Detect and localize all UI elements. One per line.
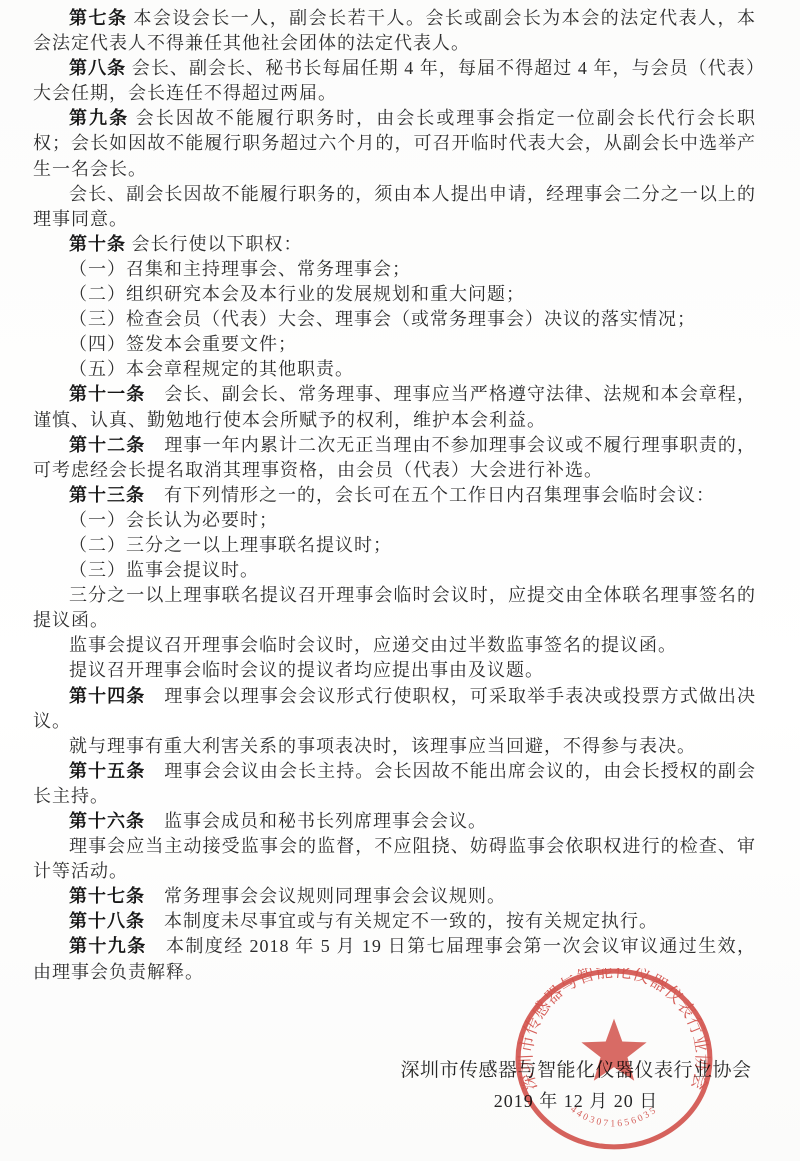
article-number: 第十一条 — [69, 384, 145, 404]
article-number: 第九条 — [69, 108, 129, 128]
article-number: 第十七条 — [69, 886, 145, 906]
article-number: 第十九条 — [69, 936, 147, 956]
paragraph: 就与理事有重大利害关系的事项表决时，该理事应当回避，不得参与表决。 — [33, 734, 756, 759]
paragraph: （三）检查会员（代表）大会、理事会（或常务理事会）决议的落实情况； — [33, 307, 756, 332]
article-number: 第八条 — [69, 58, 126, 78]
paragraph: （一）会长认为必要时； — [33, 508, 756, 533]
article-number: 第十四条 — [69, 686, 145, 706]
paragraph: 提议召开理事会临时会议的提议者均应提出事由及议题。 — [33, 658, 756, 683]
paragraph: （一）召集和主持理事会、常务理事会； — [33, 257, 756, 282]
paragraph: 第十五条 理事会会议由会长主持。会长因故不能出席会议的，由会长授权的副会长主持。 — [33, 759, 756, 809]
paragraph: 第十二条 理事一年内累计二次无正当理由不参加理事会议或不履行理事职责的，可考虑经… — [33, 433, 756, 483]
paragraph: 第十九条 本制度经 2018 年 5 月 19 日第七届理事会第一次会议审议通过… — [33, 934, 756, 984]
signature-block: 深圳市传感器与智能化仪器仪表行业协会 2019 年 12 月 20 日 — [396, 1055, 756, 1113]
paragraph: （二）三分之一以上理事联名提议时； — [33, 533, 756, 558]
paragraph: 第九条 会长因故不能履行职务时，由会长或理事会指定一位副会长代行会长职权；会长如… — [33, 106, 756, 181]
paragraph: （五）本会章程规定的其他职责。 — [33, 357, 756, 382]
article-number: 第十二条 — [69, 435, 145, 455]
article-number: 第十八条 — [69, 911, 145, 931]
paragraph: 三分之一以上理事联名提议召开理事会临时会议时，应提交由全体联名理事签名的提议函。 — [33, 583, 756, 633]
paragraph: 监事会提议召开理事会临时会议时，应递交由过半数监事签名的提议函。 — [33, 633, 756, 658]
article-number: 第十条 — [69, 234, 126, 254]
document-page: 第七条 本会设会长一人，副会长若干人。会长或副会长为本会的法定代表人，本会法定代… — [0, 0, 800, 1161]
paragraph: 第十六条 监事会成员和秘书长列席理事会会议。 — [33, 809, 756, 834]
paragraph: 会长、副会长因故不能履行职务的，须由本人提出申请，经理事会二分之一以上的理事同意… — [33, 182, 756, 232]
paragraph: 第十七条 常务理事会会议规则同理事会会议规则。 — [33, 884, 756, 909]
document-body: 第七条 本会设会长一人，副会长若干人。会长或副会长为本会的法定代表人，本会法定代… — [33, 6, 756, 985]
paragraph: 第十四条 理事会以理事会会议形式行使职权，可采取举手表决或投票方式做出决议。 — [33, 684, 756, 734]
paragraph: （四）签发本会重要文件； — [33, 332, 756, 357]
article-number: 第七条 — [69, 8, 127, 28]
article-number: 第十六条 — [69, 811, 145, 831]
article-number: 第十五条 — [69, 761, 145, 781]
paragraph: 第十一条 会长、副会长、常务理事、理事应当严格遵守法律、法规和本会章程，谨慎、认… — [33, 382, 756, 432]
paragraph: 第十三条 有下列情形之一的，会长可在五个工作日内召集理事会临时会议： — [33, 483, 756, 508]
paragraph: 第七条 本会设会长一人，副会长若干人。会长或副会长为本会的法定代表人，本会法定代… — [33, 6, 756, 56]
paragraph: 理事会应当主动接受监事会的监督，不应阻挠、妨碍监事会依职权进行的检查、审计等活动… — [33, 834, 756, 884]
paragraph: 第十条 会长行使以下职权： — [33, 232, 756, 257]
paragraph: （三）监事会提议时。 — [33, 558, 756, 583]
paragraph: （二）组织研究本会及本行业的发展规划和重大问题； — [33, 282, 756, 307]
article-number: 第十三条 — [69, 485, 145, 505]
paragraph: 第八条 会长、副会长、秘书长每届任期 4 年，每届不得超过 4 年，与会员（代表… — [33, 56, 756, 106]
signature-org: 深圳市传感器与智能化仪器仪表行业协会 — [396, 1055, 756, 1082]
signature-date: 2019 年 12 月 20 日 — [396, 1087, 756, 1113]
paragraph: 第十八条 本制度未尽事宜或与有关规定不一致的，按有关规定执行。 — [33, 909, 756, 934]
